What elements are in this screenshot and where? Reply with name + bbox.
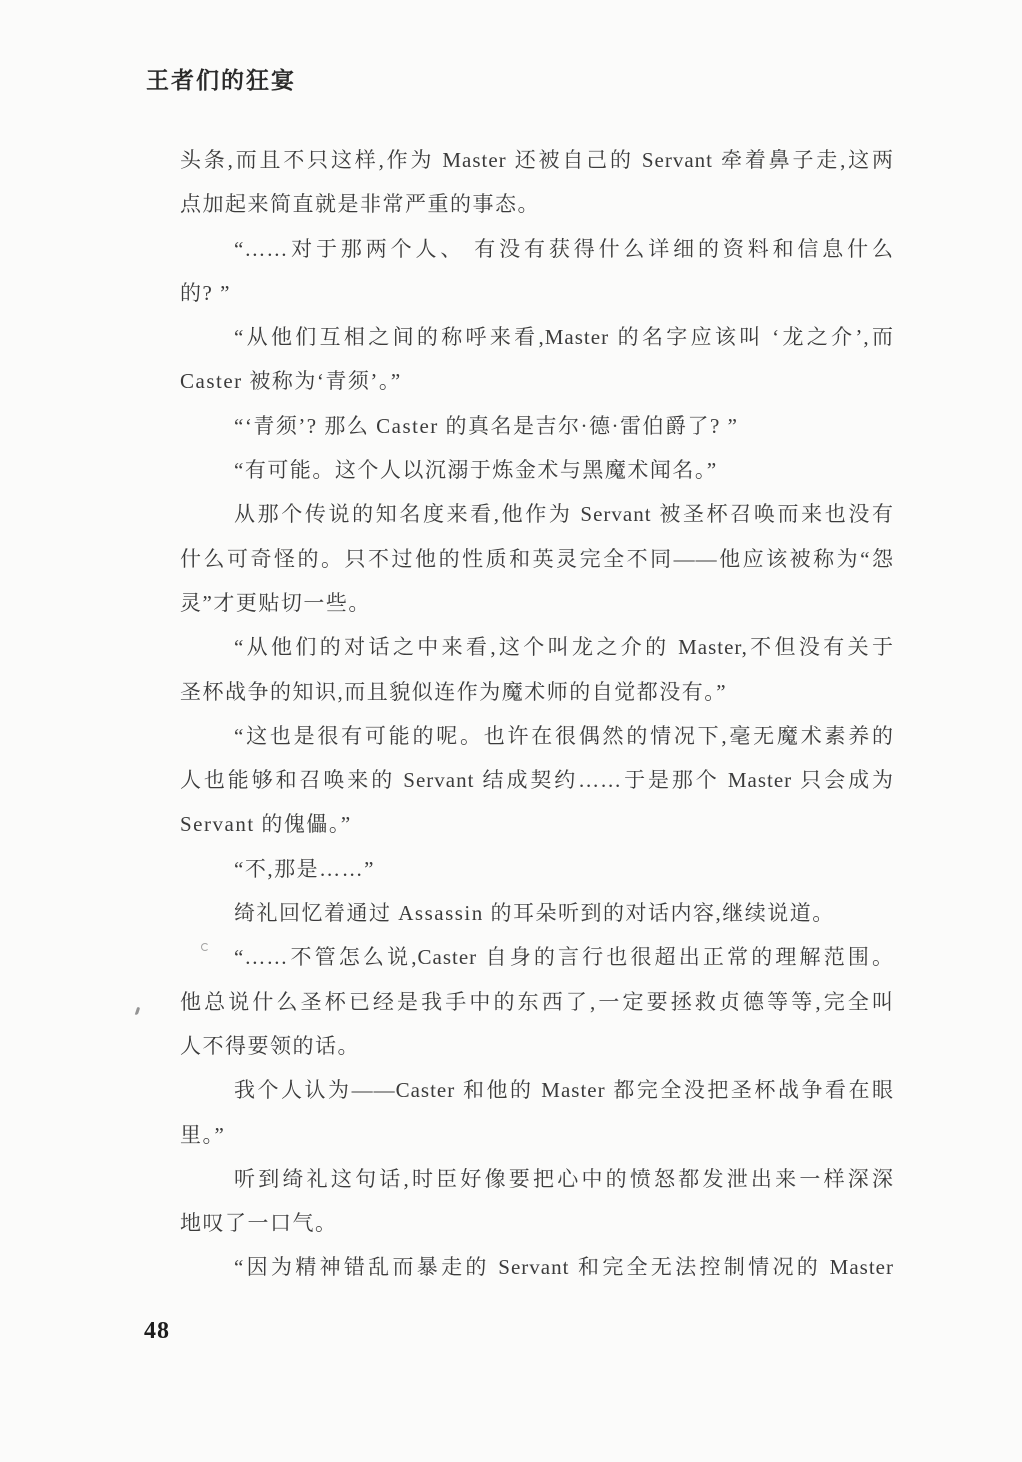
text-line: 头条,而且不只这样,作为 Master 还被自己的 Servant 牵着鼻子走,… bbox=[180, 138, 894, 182]
text-line: “不,那是……” bbox=[180, 847, 894, 891]
text-line: 人不得要领的话。 bbox=[180, 1024, 894, 1068]
text-line: 地叹了一口气。 bbox=[180, 1201, 894, 1245]
text-line: 圣杯战争的知识,而且貌似连作为魔术师的自觉都没有。” bbox=[180, 670, 894, 714]
text-line: “从他们互相之间的称呼来看,Master 的名字应该叫 ‘龙之介’,而 bbox=[180, 315, 894, 359]
text-line: 的? ” bbox=[180, 271, 894, 315]
text-line: 点加起来简直就是非常严重的事态。 bbox=[180, 182, 894, 226]
text-line: 里。” bbox=[180, 1113, 894, 1157]
text-line: 绮礼回忆着通过 Assassin 的耳朵听到的对话内容,继续说道。 bbox=[180, 891, 894, 935]
text-line: “有可能。这个人以沉溺于炼金术与黑魔术闻名。” bbox=[180, 448, 894, 492]
scan-speck bbox=[201, 943, 209, 951]
text-line: 灵”才更贴切一些。 bbox=[180, 581, 894, 625]
text-line: “从他们的对话之中来看,这个叫龙之介的 Master,不但没有关于 bbox=[180, 625, 894, 669]
text-line: 从那个传说的知名度来看,他作为 Servant 被圣杯召唤而来也没有 bbox=[180, 492, 894, 536]
running-header-chapter-title: 王者们的狂宴 bbox=[146, 62, 296, 95]
text-line: “……对于那两个人、 有没有获得什么详细的资料和信息什么 bbox=[180, 227, 894, 271]
text-line: Servant 的傀儡。” bbox=[180, 802, 894, 846]
text-line: 我个人认为——Caster 和他的 Master 都完全没把圣杯战争看在眼 bbox=[180, 1068, 894, 1112]
scan-speck bbox=[135, 1007, 140, 1016]
text-line: “‘青须’? 那么 Caster 的真名是吉尔·德·雷伯爵了? ” bbox=[180, 404, 894, 448]
text-line: 他总说什么圣杯已经是我手中的东西了,一定要拯救贞德等等,完全叫 bbox=[180, 980, 894, 1024]
book-page: 王者们的狂宴 头条,而且不只这样,作为 Master 还被自己的 Servant… bbox=[0, 0, 1022, 1462]
text-line: “因为精神错乱而暴走的 Servant 和完全无法控制情况的 Master bbox=[180, 1245, 894, 1289]
text-line: 什么可奇怪的。只不过他的性质和英灵完全不同——他应该被称为“怨 bbox=[180, 537, 894, 581]
text-line: 听到绮礼这句话,时臣好像要把心中的愤怒都发泄出来一样深深 bbox=[180, 1157, 894, 1201]
text-line: Caster 被称为‘青须’。” bbox=[180, 359, 894, 403]
text-line: “这也是很有可能的呢。也许在很偶然的情况下,毫无魔术素养的 bbox=[180, 714, 894, 758]
page-number: 48 bbox=[144, 1318, 170, 1345]
text-line: “……不管怎么说,Caster 自身的言行也很超出正常的理解范围。 bbox=[180, 935, 894, 979]
text-line: 人也能够和召唤来的 Servant 结成契约……于是那个 Master 只会成为 bbox=[180, 758, 894, 802]
body-text: 头条,而且不只这样,作为 Master 还被自己的 Servant 牵着鼻子走,… bbox=[180, 138, 894, 1290]
